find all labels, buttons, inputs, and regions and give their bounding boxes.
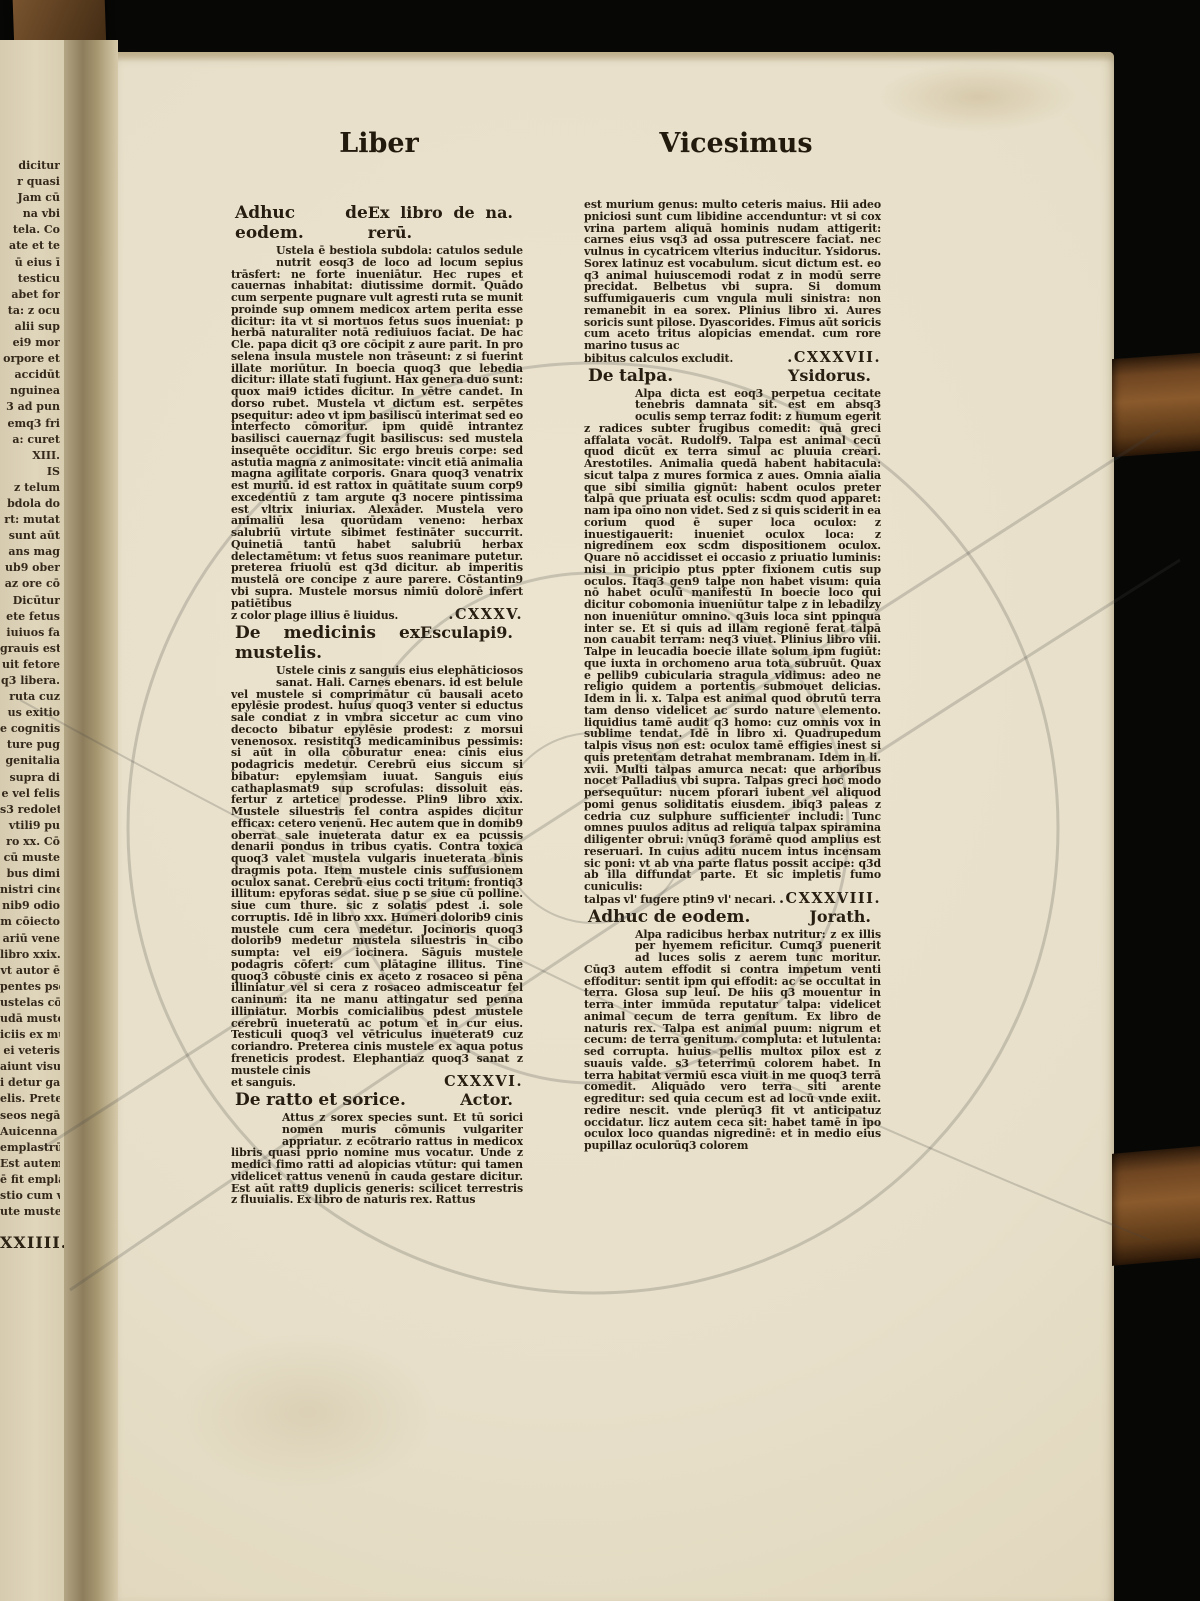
margin-text-fragment: uit fetore: [0, 657, 60, 673]
section-title: De talpa.: [588, 366, 673, 386]
margin-text-fragment: sunt aūt: [0, 528, 60, 544]
margin-text-fragment: ture pug: [0, 737, 60, 753]
section-source: Actor.: [460, 1090, 513, 1110]
section-body-text: est murium genus: multo ceteris maius. H…: [584, 199, 881, 352]
section-rattus-continuation: est murium genus: multo ceteris maius. H…: [584, 199, 881, 365]
margin-text-fragment: IS: [0, 464, 60, 480]
margin-text-fragment: bdola do: [0, 496, 60, 512]
margin-chapter-number: XXIIII.: [0, 1233, 62, 1252]
margin-text-fragment: iuiuos fa: [0, 625, 60, 641]
margin-text-fragment: Dicūtur: [0, 593, 60, 609]
margin-text-fragment: vtili9 pu: [0, 818, 60, 834]
section-body-text: Alpa dicta est eoq3 perpetua cecitate te…: [584, 388, 881, 893]
margin-text-fragment: q3 libera.: [0, 673, 60, 689]
margin-text-fragment: Est autem: [0, 1156, 60, 1172]
margin-text-fragment: dicitur: [0, 158, 60, 174]
margin-text-fragment: ub9 ober: [0, 560, 60, 576]
photo-background: diciturr quasiJam cūna vbitela. Coate et…: [0, 0, 1200, 1601]
margin-text-fragment: Jam cū: [0, 190, 60, 206]
margin-text-fragment: r quasi: [0, 174, 60, 190]
margin-text-fragment: ariū vene: [0, 931, 60, 947]
section-body-text: Ustele cinis z sanguis eius elephāticios…: [231, 665, 523, 1076]
section-body-text: Ustela ē bestiola subdola: catulos sedul…: [231, 245, 523, 609]
margin-text-fragment: aiunt visuz: [0, 1059, 60, 1075]
section-title: De medicinis ex mustelis.: [235, 623, 420, 663]
margin-text-fragment: ate et te: [0, 238, 60, 254]
previous-page-text-fragments: diciturr quasiJam cūna vbitela. Coate et…: [0, 158, 60, 1220]
section-de-ratto-et-sorice: De ratto et sorice. Actor. Attus z sorex…: [231, 1089, 523, 1206]
leather-strap-lower: [1112, 1146, 1200, 1266]
section-last-line: z color plage illius ē liuidus.: [231, 610, 398, 622]
blank-initial-space: [584, 388, 630, 423]
margin-text-fragment: seos negāt: [0, 1108, 60, 1124]
margin-text-fragment: e vel felis: [0, 786, 60, 802]
margin-text-fragment: bus dimi: [0, 866, 60, 882]
chapter-number: .CXXXV.: [448, 609, 523, 621]
section-last-line: bibitus calculos excludit.: [584, 353, 733, 365]
margin-text-fragment: nguinea: [0, 383, 60, 399]
section-title: De ratto et sorice.: [235, 1090, 406, 1110]
margin-text-fragment: iciis ex mu: [0, 1027, 60, 1043]
blank-initial-space: [231, 245, 271, 268]
page-top-edge: [118, 52, 1114, 62]
section-title: Adhuc de eodem.: [588, 907, 750, 927]
chapter-number: CXXXVI.: [444, 1076, 523, 1088]
gutter-shadow: [64, 40, 118, 1601]
margin-text-fragment: ustelas cō: [0, 995, 60, 1011]
leather-strap-upper: [1112, 353, 1200, 457]
section-source: Esculapi9.: [420, 623, 513, 643]
margin-text-fragment: ruta cuz: [0, 689, 60, 705]
margin-text-fragment: ans mag: [0, 544, 60, 560]
text-column-right: est murium genus: multo ceteris maius. H…: [584, 199, 881, 1265]
section-adhuc-de-eodem-jorath: Adhuc de eodem. Jorath. Alpa radicibus h…: [584, 906, 881, 1152]
section-source: Ex libro de na. rerū.: [368, 203, 513, 243]
foxing-stain: [178, 1332, 438, 1492]
margin-text-fragment: e cognitis: [0, 721, 60, 737]
running-header-vicesimus: Vicesimus: [586, 128, 886, 159]
margin-text-fragment: us exitio: [0, 705, 60, 721]
margin-text-fragment: XIII.: [0, 448, 60, 464]
margin-text-fragment: m cōiecto: [0, 914, 60, 930]
margin-text-fragment: ē fit empla: [0, 1172, 60, 1188]
chapter-number: .CXXXVII.: [787, 352, 881, 364]
margin-text-fragment: az ore cō: [0, 576, 60, 592]
section-last-line: et sanguis.: [231, 1077, 296, 1089]
margin-text-fragment: ū eius ī: [0, 255, 60, 271]
margin-text-fragment: z telum: [0, 480, 60, 496]
margin-text-fragment: a: curet: [0, 432, 60, 448]
book-page: Liber Vicesimus Adhuc de eodem. Ex libro…: [118, 52, 1114, 1601]
blank-initial-space: [231, 665, 271, 688]
margin-text-fragment: ta: z ocu: [0, 303, 60, 319]
margin-text-fragment: vt autor ē: [0, 963, 60, 979]
section-de-medicinis-ex-mustelis: De medicinis ex mustelis. Esculapi9. Ust…: [231, 622, 523, 1089]
margin-text-fragment: orpore et: [0, 351, 60, 367]
margin-text-fragment: pentes pse: [0, 979, 60, 995]
margin-text-fragment: udā muste: [0, 1011, 60, 1027]
margin-text-fragment: ete fetus: [0, 609, 60, 625]
margin-text-fragment: emq3 fri: [0, 416, 60, 432]
margin-text-fragment: 3 ad pun: [0, 399, 60, 415]
text-column-left: Adhuc de eodem. Ex libro de na. rerū. Us…: [231, 202, 523, 1264]
blank-initial-space: [584, 929, 630, 964]
margin-text-fragment: ute mustelā: [0, 1204, 60, 1220]
margin-text-fragment: ei veteris: [0, 1043, 60, 1059]
margin-text-fragment: grauis est: [0, 641, 60, 657]
margin-text-fragment: Auicenna ī: [0, 1124, 60, 1140]
section-title: Adhuc de eodem.: [235, 203, 368, 243]
margin-text-fragment: tela. Co: [0, 222, 60, 238]
section-source: Ysidorus.: [788, 366, 871, 386]
margin-text-fragment: stio cum vi: [0, 1188, 60, 1204]
section-de-talpa: De talpa. Ysidorus. Alpa dicta est eoq3 …: [584, 365, 881, 906]
margin-text-fragment: alii sup: [0, 319, 60, 335]
margin-text-fragment: emplastrū: [0, 1140, 60, 1156]
margin-text-fragment: genitalia: [0, 753, 60, 769]
margin-text-fragment: cū muste: [0, 850, 60, 866]
blank-initial-space: [231, 1112, 277, 1147]
running-header-liber: Liber: [238, 128, 520, 159]
margin-text-fragment: ei9 mor: [0, 335, 60, 351]
margin-text-fragment: nib9 odio: [0, 898, 60, 914]
section-last-line: talpas vl' fugere ptin9 vl' necari.: [584, 894, 776, 906]
margin-text-fragment: nistri cine: [0, 882, 60, 898]
section-adhuc-de-eodem: Adhuc de eodem. Ex libro de na. rerū. Us…: [231, 202, 523, 622]
margin-text-fragment: s3 redolet: [0, 802, 60, 818]
margin-text-fragment: testicu: [0, 271, 60, 287]
section-source: Jorath.: [809, 907, 871, 927]
margin-text-fragment: supra di: [0, 770, 60, 786]
chapter-number: .CXXXVIII.: [779, 893, 881, 905]
margin-text-fragment: na vbi: [0, 206, 60, 222]
margin-text-fragment: accidūt: [0, 367, 60, 383]
margin-text-fragment: ro xx. Cō: [0, 834, 60, 850]
margin-text-fragment: rt: mutat: [0, 512, 60, 528]
foxing-stain: [878, 62, 1078, 132]
margin-text-fragment: abet for: [0, 287, 60, 303]
margin-text-fragment: i detur gal: [0, 1075, 60, 1091]
margin-text-fragment: elis. Prete: [0, 1091, 60, 1107]
margin-text-fragment: libro xxix.: [0, 947, 60, 963]
